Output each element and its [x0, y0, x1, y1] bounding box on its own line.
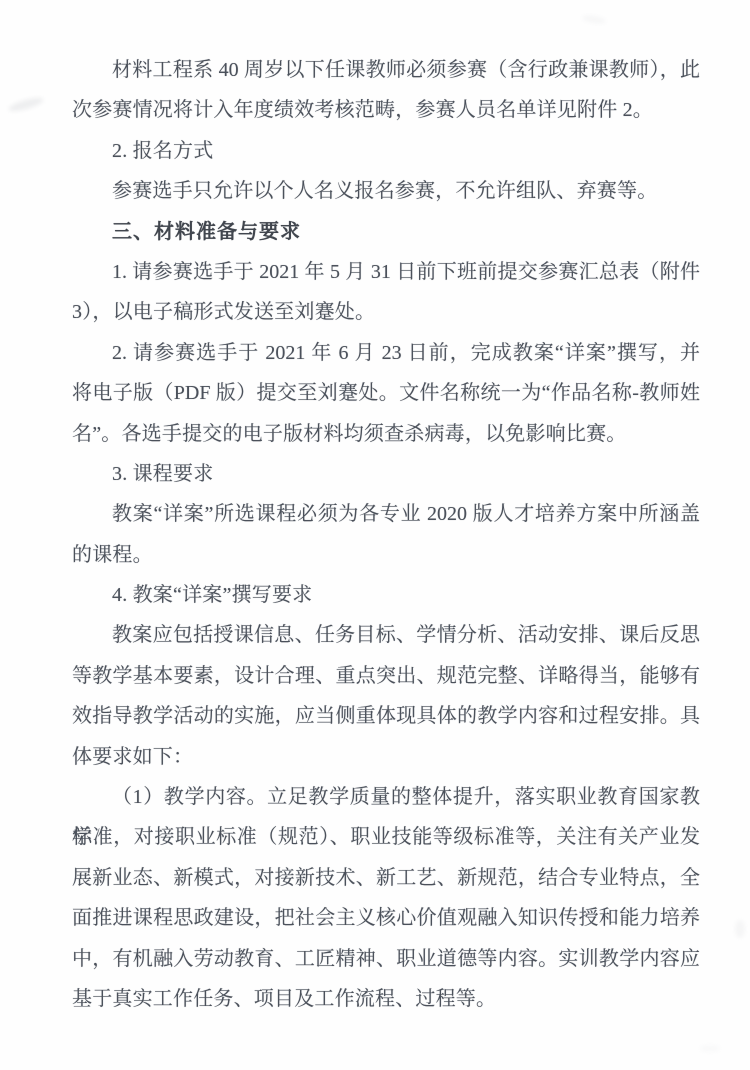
text-line: 名”。各选手提交的电子版材料均须查杀病毒，以免影响比赛。 [72, 414, 700, 454]
text-line: 1. 请参赛选手于 2021 年 5 月 31 日前下班前提交参赛汇总表（附件 [72, 252, 700, 292]
text-line: 等教学基本要素，设计合理、重点突出、规范完整、详略得当，能够有 [72, 656, 700, 696]
text-line: 面推进课程思政建设，把社会主义核心价值观融入知识传授和能力培养 [72, 898, 700, 938]
text-line: 标准，对接职业标准（规范）、职业技能等级标准等，关注有关产业发 [72, 817, 700, 857]
text-line: 的课程。 [72, 535, 700, 575]
text-line: 3），以电子稿形式发送至刘蹇处。 [72, 292, 700, 332]
text-line: 将电子版（PDF 版）提交至刘蹇处。文件名称统一为“作品名称-教师姓 [72, 373, 700, 413]
scan-artifact [700, 1045, 720, 1052]
text-line: 教案应包括授课信息、任务目标、学情分析、活动安排、课后反思 [72, 615, 700, 655]
text-block: 材料工程系 40 周岁以下任课教师必须参赛（含行政兼课教师），此次参赛情况将计入… [72, 50, 700, 1019]
text-line: 4. 教案“详案”撰写要求 [72, 575, 700, 615]
text-line: 次参赛情况将计入年度绩效考核范畴，参赛人员名单详见附件 2。 [72, 90, 700, 130]
text-line: 2. 请参赛选手于 2021 年 6 月 23 日前，完成教案“详案”撰写，并 [72, 333, 700, 373]
text-line: 材料工程系 40 周岁以下任课教师必须参赛（含行政兼课教师），此 [72, 50, 700, 90]
text-line: 效指导教学活动的实施，应当侧重体现具体的教学内容和过程安排。具 [72, 696, 700, 736]
scan-artifact [582, 14, 607, 25]
scan-artifact [735, 920, 745, 938]
text-line: 3. 课程要求 [72, 454, 700, 494]
text-line: 教案“详案”所选课程必须为各专业 2020 版人才培养方案中所涵盖 [72, 494, 700, 534]
text-line: 体要求如下： [72, 737, 700, 777]
text-line: 展新业态、新模式，对接新技术、新工艺、新规范，结合专业特点，全 [72, 858, 700, 898]
text-line: （1）教学内容。立足教学质量的整体提升，落实职业教育国家教学 [72, 777, 700, 817]
text-line: 基于真实工作任务、项目及工作流程、过程等。 [72, 979, 700, 1019]
section-heading: 三、材料准备与要求 [72, 212, 700, 252]
text-line: 2. 报名方式 [72, 131, 700, 171]
text-line: 参赛选手只允许以个人名义报名参赛，不允许组队、弃赛等。 [72, 171, 700, 211]
text-line: 中，有机融入劳动教育、工匠精神、职业道德等内容。实训教学内容应 [72, 939, 700, 979]
scan-artifact [7, 95, 44, 114]
document-page: 材料工程系 40 周岁以下任课教师必须参赛（含行政兼课教师），此次参赛情况将计入… [0, 0, 750, 1070]
